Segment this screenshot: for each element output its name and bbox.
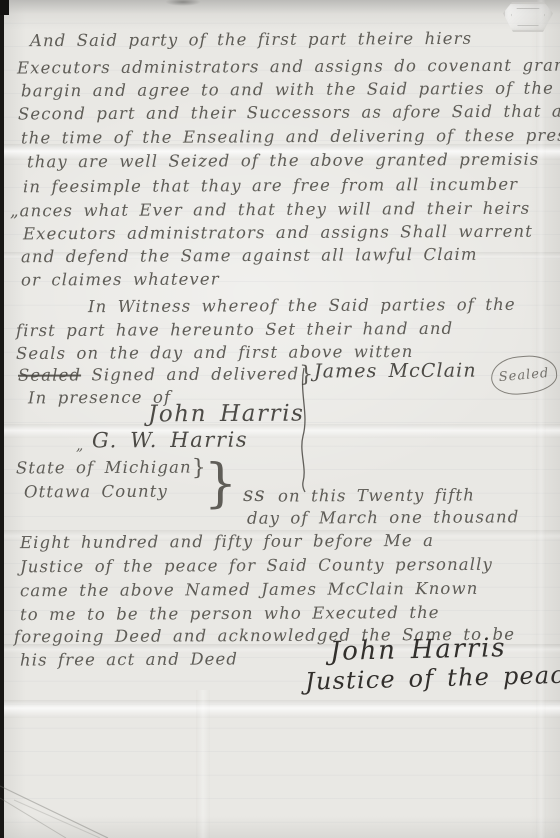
venue-state-text: State of Michigan [16, 458, 192, 478]
deed-line-1: And Said party of the first part theire … [30, 29, 472, 51]
seal-stamp-label: Sealed [498, 365, 550, 384]
attestation-brace: } [299, 362, 314, 387]
venue-county: Ottawa County [24, 482, 168, 503]
ack-line-2: day of March one thousand [247, 507, 519, 528]
attestation-line: Sealed Signed and delivered} [18, 364, 314, 387]
deed-line-5: the time of the Ensealing and delivering… [21, 125, 560, 148]
attestation-text: Signed and delivered [81, 364, 299, 384]
deed-line-3: bargin and agree to and with the Said pa… [21, 79, 554, 102]
officer-signature: John Harris [330, 638, 507, 662]
attestation-struck-word: Sealed [18, 365, 81, 384]
ack-line-6: to me to be the person who Executed the [20, 603, 440, 625]
officer-title: Justice of the peace [305, 664, 560, 691]
fold-crease [0, 700, 560, 718]
scanned-deed-page: And Said party of the first part theire … [0, 0, 560, 838]
deed-line-6: thay are well Seized of the above grante… [27, 150, 539, 173]
witness-ditto-mark: „ [76, 436, 84, 456]
deed-line-11: or claimes whatever [21, 269, 220, 290]
testimonium-line-1: In Witness whereof the Said parties of t… [88, 295, 516, 317]
testimonium-line-2: first part have hereunto Set their hand … [16, 319, 453, 341]
deed-line-2: Executors administrators and assigns do … [17, 56, 560, 79]
venue-ss-mark: ss [243, 484, 266, 504]
embossed-seal-inner [511, 8, 545, 26]
deed-line-10: and defend the Same against all lawful C… [21, 245, 478, 267]
scan-edge [0, 0, 4, 838]
ack-line-1: on this Twenty fifth [278, 485, 475, 506]
deed-line-4: Second part and their Successors as afor… [18, 102, 560, 125]
witness-signature-1: John Harris [148, 404, 305, 425]
embossed-seal-icon [503, 2, 553, 32]
seal-stamp: Sealed [489, 353, 558, 397]
deed-line-8: „ances what Ever and that they will and … [10, 199, 530, 222]
witness-signature-2: G. W. Harris [92, 430, 248, 451]
ack-line-5: came the above Named James McClain Known [20, 579, 479, 601]
deed-line-7: in feesimple that thay are free from all… [23, 175, 518, 198]
venue-state: State of Michigan} [16, 458, 207, 480]
grantor-signature: James McClain [314, 361, 477, 382]
fold-crease-vertical [196, 690, 210, 838]
ack-line-3: Eight hundred and fifty four before Me a [20, 531, 434, 553]
scan-smudge [165, 0, 201, 6]
scan-edge-corner [0, 0, 9, 15]
ack-line-8: his free act and Deed [20, 649, 238, 670]
deed-line-9: Executors administrators and assigns Sha… [23, 222, 533, 245]
ack-line-4: Justice of the peace for Said County per… [20, 555, 493, 577]
venue-brace: } [204, 458, 237, 510]
